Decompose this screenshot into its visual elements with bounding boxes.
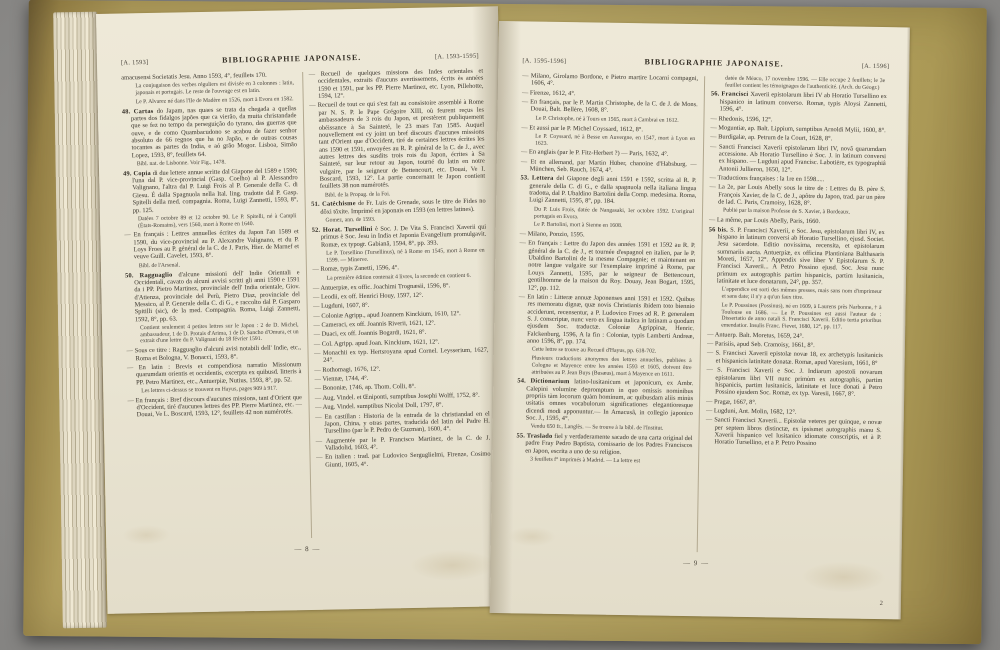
- entry-lead: 49. Copia: [123, 170, 153, 178]
- left-page-marginal-right: [A. 1593-1595]: [435, 53, 479, 61]
- bibliographic-note: Cette lettre se trouve au Recueil d'Hayu…: [532, 347, 692, 356]
- bibliographic-entry: — Recueil de quelques missions des Indes…: [309, 68, 484, 101]
- bibliographic-entry: — Sancti Francisci Xaverii... Epistolæ v…: [705, 417, 881, 449]
- left-page-number: — 8 —: [106, 541, 508, 557]
- bibliographic-note: Du P. Luis Frois, datée de Nangasaki, 1e…: [534, 206, 694, 222]
- bibliographic-entry: 50. Ragguaglio d'alcune missioni dell' I…: [125, 269, 300, 324]
- bibliographic-note: L'appendice est sorti des mêmes presses,…: [722, 287, 882, 303]
- bibliographic-entry: — En latin : Litteræ annuæ Japonenses an…: [518, 293, 695, 347]
- bibliographic-entry: — Monachii ex typ. Hertsroyana apud Corn…: [314, 347, 489, 365]
- bibliographic-entry: — En français : Bref discours d'aucunes …: [127, 394, 302, 419]
- bibliographic-entry: 56. Francisci Xaverii epistolarum libri …: [711, 91, 887, 116]
- bibliographic-note: Contient seulement 4 petites lettres sur…: [140, 322, 299, 345]
- bibliographic-note: Le P. Coyssard, né à Besse en Auvergne, …: [535, 133, 695, 149]
- bibliographic-entry: — En italien : trad. par Ludovico Sergug…: [316, 451, 491, 469]
- bibliographic-note: Le P. Bartolini, mort à Sienne en 1608.: [534, 222, 694, 231]
- bibliographic-entry: — Et aussi par le P. Michel Coyssard, 16…: [521, 124, 697, 134]
- bibliographic-note: Le P. Torsellino (Tursellinus), né à Rom…: [326, 248, 485, 264]
- bibliographic-entry: — En français, par le P. Martin Christop…: [522, 98, 698, 115]
- right-page: [A. 1595-1596] BIBLIOGRAPHIE JAPONAISE. …: [490, 21, 910, 619]
- entry-lead: 53. Lettera: [520, 175, 556, 183]
- bibliographic-entry: — Sancti Francisci Xaverii epistolarum l…: [710, 143, 886, 175]
- bibliographic-entry: — Burdigalæ, ap. Petrum de la Court, 162…: [710, 134, 886, 144]
- bibliographic-entry: — En français : Lettre du Japon des anné…: [519, 240, 696, 294]
- bibliographic-entry: — Parisiis, apud Seb. Cramoisy, 1661, 8°…: [707, 340, 883, 350]
- bibliographic-entry: 56 bis. S. P. Francisci Xaverii, e Soc. …: [708, 226, 885, 288]
- right-page-running-head: [A. 1595-1596] BIBLIOGRAPHIE JAPONAISE. …: [522, 55, 889, 70]
- left-page-column-1: amacusensi Societatis Jesu. Anno 1593, 4…: [121, 70, 304, 541]
- bibliographic-entry: — Milano, Girolamo Bordone, e Pietro mar…: [522, 72, 698, 89]
- entry-lead: 50. Ragguaglio: [125, 271, 179, 279]
- right-page-column-1: — Milano, Girolamo Bordone, e Pietro mar…: [515, 71, 698, 552]
- bibliographic-entry: — La 2e, par Louis Abelly sous le titre …: [709, 184, 885, 209]
- right-page-column-2: datée de Méaco, 17 novembre 1596. — Elle…: [704, 74, 887, 555]
- right-page-title: BIBLIOGRAPHIE JAPONAISE.: [644, 57, 783, 68]
- bibliographic-entry: — Pragæ, 1667, 8°.: [706, 398, 882, 408]
- bibliographic-entry: 52. Horat. Tursellini è Soc. J. De Vita …: [312, 223, 487, 248]
- bibliographic-note: Le P. Poussines (Possinus), né en 1609, …: [721, 302, 881, 331]
- bibliographic-entry: — En castillan : Historia de la entrada …: [315, 410, 490, 435]
- bibliographic-note: Vendu 650 fr., Langlès. — Se trouve à la…: [531, 424, 691, 433]
- bibliographic-entry: — Sous ce titre : Ragguaglio d'alcuni av…: [126, 344, 301, 362]
- bibliographic-entry: — S. Francisci Xaverii e Soc. J. Indiaru…: [706, 366, 882, 398]
- entry-lead: 56. Francisci: [711, 91, 751, 99]
- bibliographic-entry: — Augmentée par le P. Francisco Martinez…: [316, 434, 491, 452]
- bibliographic-entry: — Moguntiæ, ap. Balt. Lippium, sumptibus…: [710, 124, 886, 134]
- bibliographic-entry: — Et en allemand, par Martin Hüber, chan…: [521, 158, 697, 175]
- bibliographic-entry: — La même, par Louis Abelly, Paris, 1660…: [709, 217, 885, 227]
- bibliographic-entry: — Lugduni, Ant. Molin, 1682, 12°.: [706, 407, 882, 417]
- right-page-columns: — Milano, Girolamo Bordone, e Pietro mar…: [515, 71, 893, 555]
- bibliographic-entry: — En anglais (par le P. Fitz-Herbert ?) …: [521, 149, 697, 159]
- right-page-marginal-right: [A. 1596]: [862, 63, 890, 70]
- bibliographic-note: Publié par la maison Professe de S. Xavi…: [723, 208, 883, 217]
- bibliographic-entry: — Traductions françaises : la 1re en 159…: [710, 174, 886, 184]
- bibliographic-entry: 54. Dictionarium latino-lusitanicum et j…: [517, 378, 694, 425]
- left-page-column-2: — Recueil de quelques missions des Indes…: [309, 67, 492, 538]
- bibliographic-entry: — Firenze, 1612, 4°.: [522, 89, 698, 99]
- bibliographic-note: 3 feuillets f° imprimés à Madrid. — La l…: [530, 457, 690, 466]
- bibliographic-entry: — En français : Lettres annuelles écrite…: [124, 228, 299, 261]
- bibliographic-entry: 48. Cartas do Japam, nas quaes se trata …: [122, 105, 297, 160]
- bibliographic-entry: — Rhedonis, 1596, 12°.: [710, 115, 886, 125]
- bibliographic-entry: — En latin : Brevis et compendiosa narra…: [127, 361, 302, 386]
- entry-lead: 56 bis.: [709, 226, 730, 233]
- bibliographic-entry: — S. Francisci Xaverii epistolæ novæ 18,…: [707, 350, 883, 367]
- bibliographic-note: Le P. Christophe, né à Tours en 1565, mo…: [535, 115, 695, 124]
- entry-lead: 54. Dictionarium: [517, 378, 574, 386]
- bibliographic-entry: — Recueil de tout ce qui s'est fait au c…: [309, 99, 485, 191]
- left-page-running-head: [A. 1593] BIBLIOGRAPHIE JAPONAISE. [A. 1…: [121, 51, 479, 67]
- left-page-title: BIBLIOGRAPHIE JAPONAISE.: [222, 53, 361, 65]
- bibliographic-note: La conjugaison des verbes réguliers est …: [135, 81, 294, 97]
- right-page-number: — 9 —: [490, 556, 901, 570]
- bibliographic-entry: 53. Lettera del Giapone degli anni 1591 …: [520, 175, 696, 207]
- bibliographic-note: datée de Méaco, 17 novembre 1596. — Elle…: [725, 76, 885, 92]
- signature-mark: 2: [880, 600, 883, 607]
- entry-lead: 52. Horat. Tursellini: [312, 226, 376, 234]
- bibliographic-entry: 55. Traslado fiel y verdaderamente sacad…: [516, 432, 692, 457]
- entry-lead: 55. Traslado: [516, 432, 554, 440]
- bibliographic-entry: — Antuerp. Balt. Moretus, 1659, 24°.: [707, 331, 883, 341]
- bibliographic-entry: 51. Catéchisme de Fr. Luis de Grenade, s…: [311, 198, 486, 216]
- bibliographic-note: Plusieurs traductions anonymes des lettr…: [531, 356, 691, 379]
- left-page-marginal-left: [A. 1593]: [121, 59, 149, 67]
- right-page-marginal-left: [A. 1595-1596]: [522, 57, 566, 65]
- bibliographic-entry: — Milano, Ponzio, 1595.: [520, 230, 696, 240]
- bibliographic-entry: 49. Copia di due lettere annue scritte d…: [123, 167, 298, 214]
- entry-lead: 48. Cartas: [122, 107, 157, 115]
- entry-lead: 51. Catéchisme: [311, 200, 358, 208]
- bibliographic-note: Datées 7 octobre 89 et 12 octobre 90. Le…: [138, 213, 297, 229]
- left-page: [A. 1593] BIBLIOGRAPHIE JAPONAISE. [A. 1…: [96, 6, 509, 614]
- left-page-columns: amacusensi Societatis Jesu. Anno 1593, 4…: [121, 67, 492, 542]
- book-spread: [A. 1593] BIBLIOGRAPHIE JAPONAISE. [A. 1…: [0, 0, 1000, 650]
